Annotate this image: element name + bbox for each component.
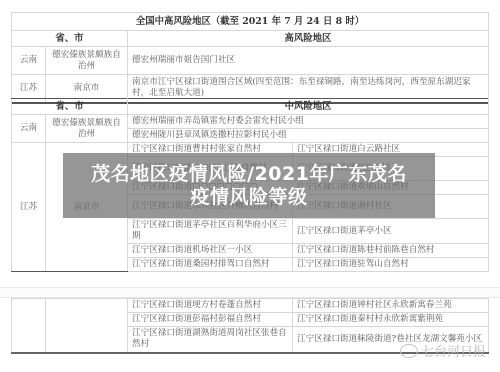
area-cell: 江宁区禄口街道秦村村永欣新寓紫荆苑 (293, 313, 489, 327)
area-cell: 江宁区禄口街道茅亭社区百利华府小区三期 (128, 219, 293, 244)
area-cell: 江宁区禄口街道机场社区一小区 (128, 244, 293, 258)
area-cell: 江宁区禄口街道埂方村卷蓬自然村 (128, 299, 293, 313)
overlay-title-line2: 疫情风险等级 (190, 186, 307, 209)
area-cell: 江宁区禄口街道陈巷村前陈巷自然村 (293, 244, 489, 258)
province-cell: 云南 (12, 115, 46, 143)
province-cell: 江苏 (12, 143, 46, 272)
watermark: 七台河日报 (400, 341, 486, 360)
header-high-risk-area: 高风险地区 (128, 31, 489, 47)
city-cell: 德宏傣族景颇族自治州 (46, 115, 128, 143)
table-title: 全国中高风险地区（截至 2021 年 7 月 24 日 8 时） (12, 13, 489, 31)
header-province-city: 省、市 (12, 31, 128, 47)
city-cell: 德宏傣族景颇族自治州 (46, 47, 128, 75)
title-overlay: 茂名地区疫情风险/2021年广东茂名 疫情风险等级 (63, 153, 435, 218)
wechat-icon (400, 344, 418, 358)
province-cell: 云南 (12, 47, 46, 75)
area-cell: 江宁区禄口街道彭福村彭福自然村 (128, 313, 293, 327)
area-cell: 江宁区禄口街道钟村社区永欣新寓春兰苑 (293, 299, 489, 313)
page-break (0, 287, 500, 298)
area-cell: 江宁区禄口街道驻驾山自然村 (293, 258, 489, 272)
table-row: 云南 德宏傣族景颇族自治州 德宏州瑞丽市弄岛镇雷允村委会雷允村民小组 (12, 115, 489, 129)
high-risk-table: 全国中高风险地区（截至 2021 年 7 月 24 日 8 时） 省、市 高风险… (11, 12, 489, 104)
header-province-city: 省、市 (12, 99, 128, 115)
area-cell: 德宏州陇川县章凤镇迭撒村拉影村民小组 (128, 129, 489, 143)
overlay-title-line1: 茂名地区疫情风险/2021年广东茂名 (91, 163, 407, 186)
area-cell: 德宏州瑞丽市姐告国门社区 (128, 47, 489, 75)
area-cell: 江宁区禄口街道桑园村排驾口自然村 (128, 258, 293, 272)
province-cell-empty (12, 299, 46, 353)
watermark-text: 七台河日报 (421, 341, 486, 360)
area-cell: 江宁区禄口街道茅亭小区 (293, 219, 489, 244)
city-cell-empty (46, 299, 128, 353)
table-row: 云南 德宏傣族景颇族自治州 德宏州瑞丽市姐告国门社区 (12, 47, 489, 75)
table-row: 江宁区禄口街道埂方村卷蓬自然村 江宁区禄口街道钟村社区永欣新寓春兰苑 (12, 299, 489, 313)
header-medium-risk-area: 中风险地区 (128, 99, 489, 115)
area-cell: 江宁区禄口街道湖熟街道周岗社区张巷自然村 (128, 327, 293, 353)
area-cell: 德宏州瑞丽市弄岛镇雷允村委会雷允村民小组 (128, 115, 489, 129)
